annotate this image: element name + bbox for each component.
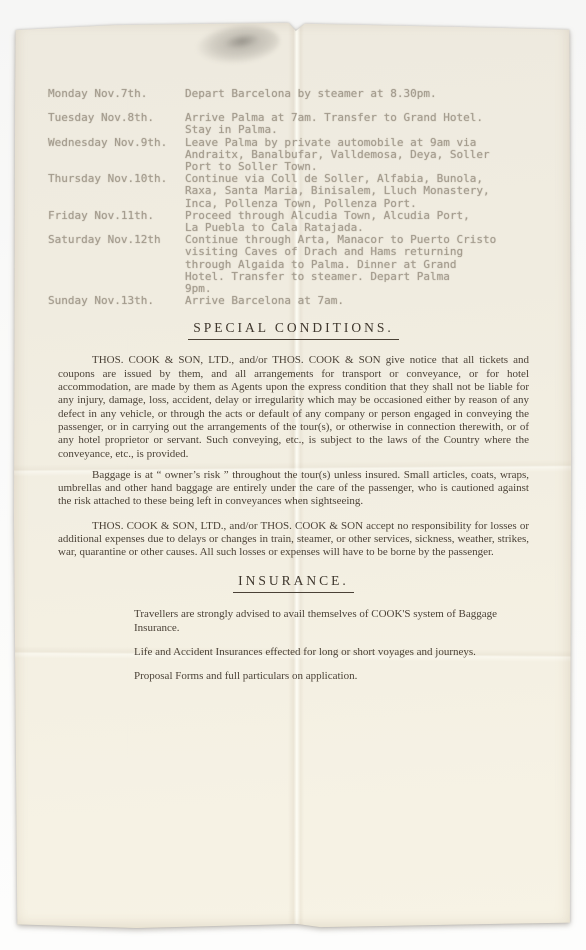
itinerary-details: Continue via Coll de Soller, Alfabia, Bu… <box>185 173 529 210</box>
itinerary-table: Monday Nov.7th. Depart Barcelona by stea… <box>48 88 529 307</box>
itinerary-row: Saturday Nov.12th Continue through Arta,… <box>48 234 529 295</box>
insurance-line: Travellers are strongly advised to avail… <box>134 607 529 635</box>
itinerary-row: Tuesday Nov.8th. Arrive Palma at 7am. Tr… <box>48 112 529 136</box>
insurance-line: Proposal Forms and full particulars on a… <box>134 669 529 683</box>
itinerary-details: Leave Palma by private automobile at 9am… <box>185 137 529 174</box>
itinerary-day: Sunday Nov.13th. <box>48 295 185 307</box>
itinerary-details: Depart Barcelona by steamer at 8.30pm. <box>185 88 529 100</box>
special-conditions-paragraph: THOS. COOK & SON, LTD., and/or THOS. COO… <box>58 520 529 560</box>
itinerary-details: Arrive Palma at 7am. Transfer to Grand H… <box>185 112 529 136</box>
itinerary-day: Thursday Nov.10th. <box>48 173 185 210</box>
itinerary-row: Wednesday Nov.9th. Leave Palma by privat… <box>48 137 529 174</box>
itinerary-details: Arrive Barcelona at 7am. <box>185 295 529 307</box>
itinerary-day: Saturday Nov.12th <box>48 234 185 295</box>
document-content: Monday Nov.7th. Depart Barcelona by stea… <box>14 22 571 928</box>
special-conditions-section: SPECIAL CONDITIONS. THOS. COOK & SON, LT… <box>58 319 529 559</box>
itinerary-row: Monday Nov.7th. Depart Barcelona by stea… <box>48 88 529 100</box>
itinerary-details: Proceed through Alcudia Town, Alcudia Po… <box>185 210 529 234</box>
scanned-document-background: Monday Nov.7th. Depart Barcelona by stea… <box>0 0 586 950</box>
special-conditions-heading-wrap: SPECIAL CONDITIONS. <box>58 319 529 340</box>
special-conditions-heading: SPECIAL CONDITIONS. <box>188 320 399 340</box>
insurance-heading-wrap: INSURANCE. <box>58 572 529 593</box>
special-conditions-paragraph: Baggage is at “ owner’s risk ” throughou… <box>58 469 529 509</box>
itinerary-day: Monday Nov.7th. <box>48 88 185 100</box>
itinerary-row: Thursday Nov.10th. Continue via Coll de … <box>48 173 529 210</box>
insurance-heading: INSURANCE. <box>233 573 354 593</box>
itinerary-day: Friday Nov.11th. <box>48 210 185 234</box>
special-conditions-paragraph: THOS. COOK & SON, LTD., and/or THOS. COO… <box>58 354 529 460</box>
insurance-line: Life and Accident Insurances effected fo… <box>134 645 529 659</box>
paper-shadow-wrap: Monday Nov.7th. Depart Barcelona by stea… <box>14 22 571 928</box>
itinerary-row: Friday Nov.11th. Proceed through Alcudia… <box>48 210 529 234</box>
insurance-section: INSURANCE. Travellers are strongly advis… <box>58 572 529 683</box>
itinerary-day: Tuesday Nov.8th. <box>48 112 185 136</box>
itinerary-details: Continue through Arta, Manacor to Puerto… <box>185 234 529 295</box>
itinerary-day: Wednesday Nov.9th. <box>48 137 185 174</box>
document-paper: Monday Nov.7th. Depart Barcelona by stea… <box>14 22 571 928</box>
itinerary-row: Sunday Nov.13th. Arrive Barcelona at 7am… <box>48 295 529 307</box>
